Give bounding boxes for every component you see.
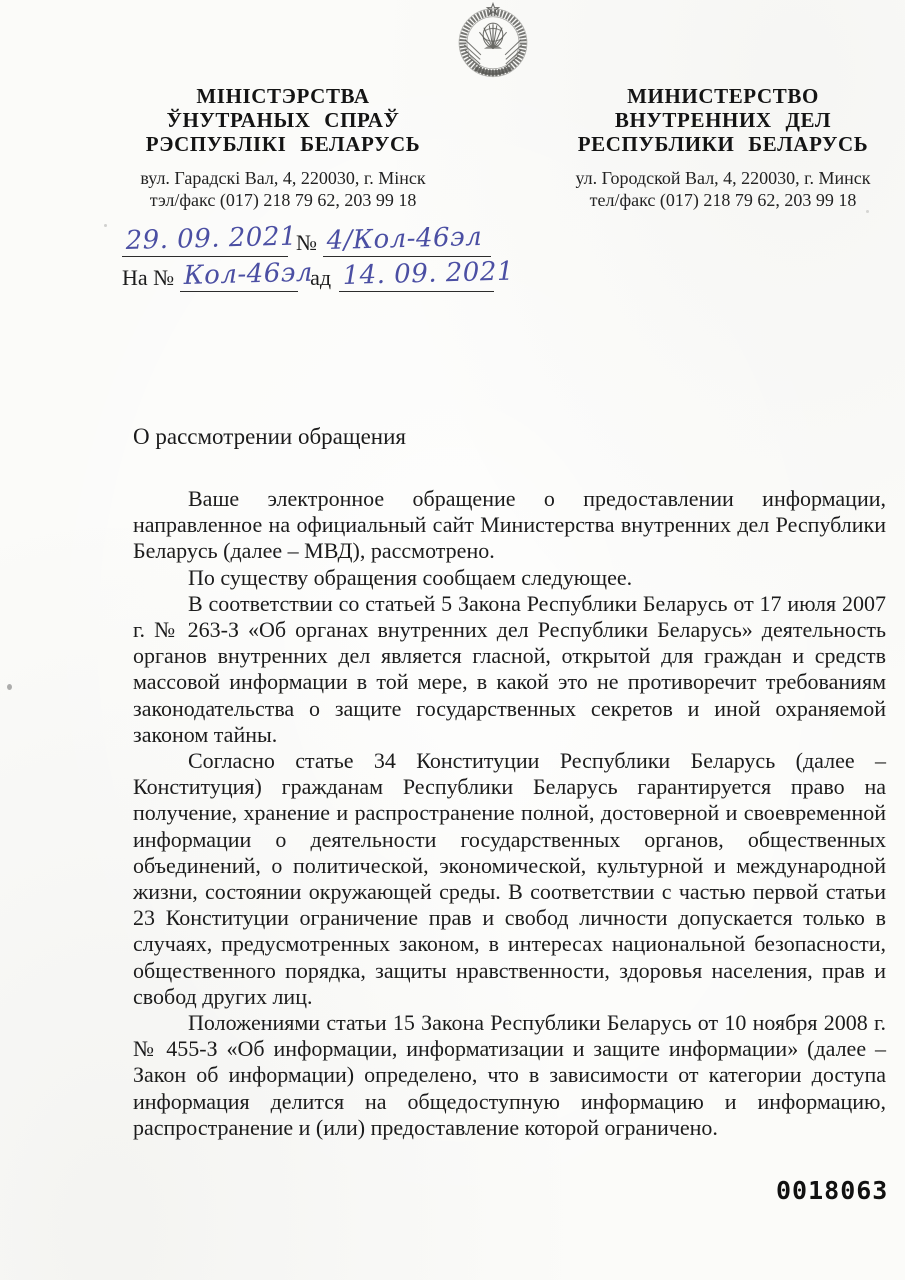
org-phone: тэл/факс (017) 218 79 62, 203 99 18 bbox=[108, 190, 458, 212]
scan-artifact-speck bbox=[104, 224, 107, 227]
org-name-line: МИНИСТЕРСТВО bbox=[548, 84, 898, 108]
belarus-coat-of-arms-icon bbox=[455, 2, 531, 82]
org-address: вул. Гарадскі Вал, 4, 220030, г. Мінск bbox=[108, 168, 458, 190]
body-paragraph: По существу обращения сообщаем следующее… bbox=[133, 565, 886, 591]
outgoing-reference-row: 29. 09. 2021 № 4/Кол-46эл bbox=[122, 224, 502, 257]
serial-number: 0018063 bbox=[776, 1176, 888, 1205]
handwritten-incoming-number: Кол-46эл bbox=[183, 258, 313, 291]
outgoing-number-field: 4/Кол-46эл bbox=[323, 224, 491, 257]
scan-artifact-speck bbox=[866, 210, 869, 213]
org-name-line: ЎНУТРАНЫХ СПРАЎ bbox=[108, 108, 458, 132]
subject-line: О рассмотрении обращения bbox=[133, 424, 406, 450]
reply-to-label: На № bbox=[122, 265, 180, 292]
incoming-reference-row: На № Кол-46эл ад 14. 09. 2021 bbox=[122, 259, 502, 292]
org-address: ул. Городской Вал, 4, 220030, г. Минск bbox=[548, 168, 898, 190]
outgoing-date-field: 29. 09. 2021 bbox=[122, 224, 288, 257]
org-name-line: ВНУТРЕННИХ ДЕЛ bbox=[548, 108, 898, 132]
letterhead-russian: МИНИСТЕРСТВО ВНУТРЕННИХ ДЕЛ РЕСПУБЛИКИ Б… bbox=[548, 84, 898, 211]
handwritten-outgoing-date: 29. 09. 2021 bbox=[125, 222, 297, 256]
reference-block: 29. 09. 2021 № 4/Кол-46эл На № Кол-46эл … bbox=[122, 224, 502, 292]
scan-artifact-speck bbox=[7, 684, 12, 690]
body-paragraph: В соответствии со статьей 5 Закона Респу… bbox=[133, 591, 886, 748]
letter-body: Ваше электронное обращение о предоставле… bbox=[133, 486, 886, 1141]
letterhead-belarusian: МІНІСТЭРСТВА ЎНУТРАНЫХ СПРАЎ РЭСПУБЛІКІ … bbox=[108, 84, 458, 211]
org-name-line: РЕСПУБЛИКИ БЕЛАРУСЬ bbox=[548, 132, 898, 156]
incoming-date-field: 14. 09. 2021 bbox=[339, 259, 494, 292]
org-name-line: РЭСПУБЛІКІ БЕЛАРУСЬ bbox=[108, 132, 458, 156]
handwritten-outgoing-number: 4/Кол-46эл bbox=[326, 222, 482, 256]
body-paragraph: Ваше электронное обращение о предоставле… bbox=[133, 486, 886, 565]
handwritten-incoming-date: 14. 09. 2021 bbox=[342, 257, 514, 291]
scanned-letter-page: МІНІСТЭРСТВА ЎНУТРАНЫХ СПРАЎ РЭСПУБЛІКІ … bbox=[0, 0, 905, 1280]
body-paragraph: Положениями статьи 15 Закона Республики … bbox=[133, 1010, 886, 1141]
org-phone: тел/факс (017) 218 79 62, 203 99 18 bbox=[548, 190, 898, 212]
body-paragraph: Согласно статье 34 Конституции Республик… bbox=[133, 748, 886, 1010]
incoming-number-field: Кол-46эл bbox=[180, 259, 298, 292]
org-name-line: МІНІСТЭРСТВА bbox=[108, 84, 458, 108]
